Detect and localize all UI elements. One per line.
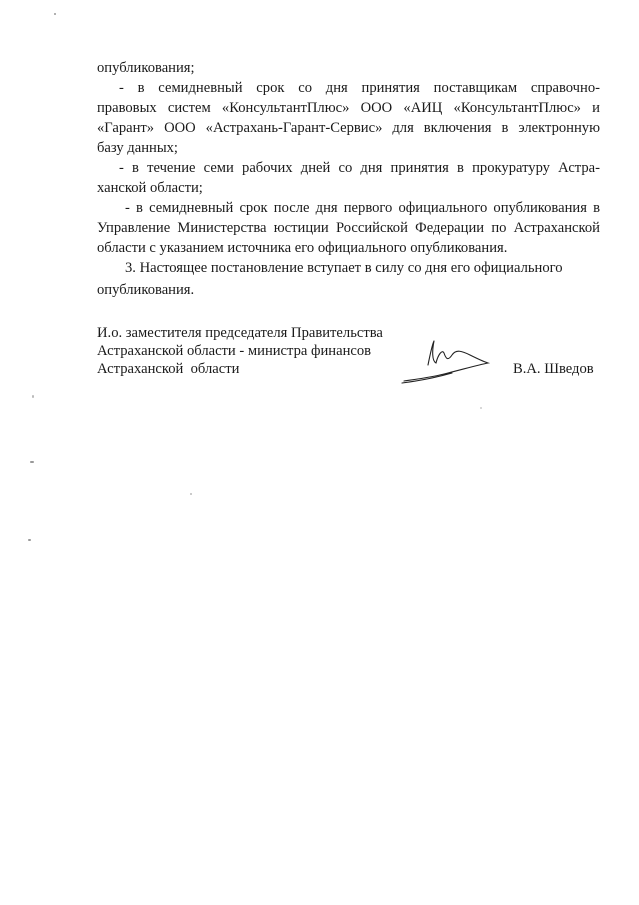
body-line: опубликования. bbox=[97, 280, 194, 300]
scan-speck bbox=[30, 461, 34, 463]
body-line: Управление Министерства юстиции Российск… bbox=[97, 218, 600, 238]
body-line: - в семидневный срок со дня принятия пос… bbox=[119, 78, 600, 98]
body-line: - в семидневный срок после дня первого о… bbox=[125, 198, 600, 218]
document-page: опубликования; - в семидневный срок со д… bbox=[0, 0, 639, 905]
scan-speck bbox=[28, 539, 31, 541]
handwritten-signature-icon bbox=[398, 335, 494, 390]
scan-speck bbox=[32, 395, 34, 398]
scan-speck bbox=[480, 407, 482, 409]
body-line: 3. Настоящее постановление вступает в си… bbox=[125, 258, 563, 278]
body-line: базу данных; bbox=[97, 138, 178, 158]
body-line: «Гарант» ООО «Астрахань-Гарант-Сервис» д… bbox=[97, 118, 600, 138]
signer-position-line: Астраханской области bbox=[97, 360, 239, 378]
signer-position-line: Астраханской области - министра финансов bbox=[97, 342, 371, 360]
body-line: - в течение семи рабочих дней со дня при… bbox=[119, 158, 600, 178]
scan-speck bbox=[190, 493, 192, 495]
signer-name: В.А. Шведов bbox=[513, 360, 594, 378]
body-line: опубликования; bbox=[97, 58, 195, 78]
signer-position-line: И.о. заместителя председателя Правительс… bbox=[97, 324, 383, 342]
scan-speck bbox=[54, 13, 56, 15]
body-line: ханской области; bbox=[97, 178, 203, 198]
body-line: правовых систем «КонсультантПлюс» ООО «А… bbox=[97, 98, 600, 118]
body-line: области с указанием источника его официа… bbox=[97, 238, 507, 258]
